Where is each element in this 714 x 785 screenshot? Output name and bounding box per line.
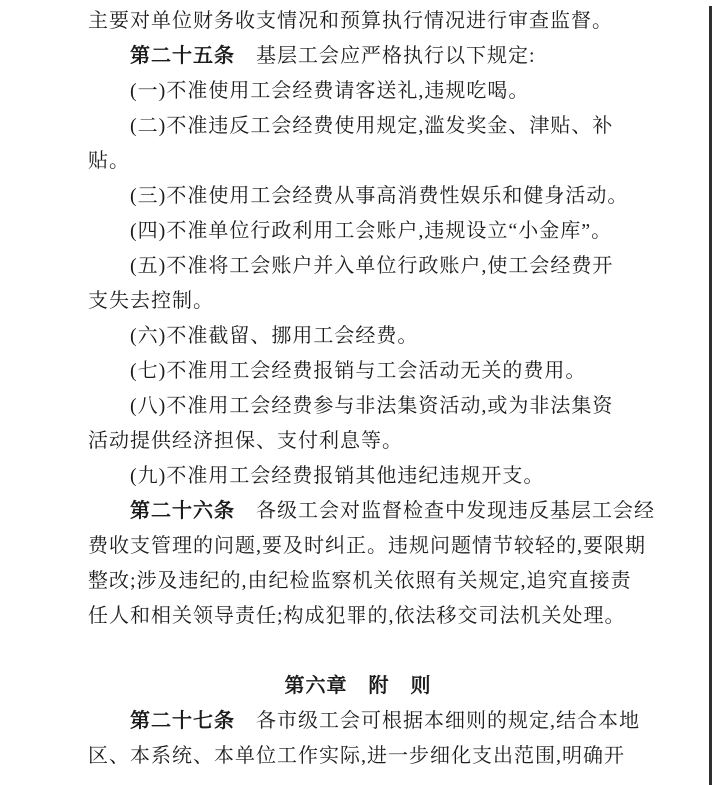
document-line [88, 634, 628, 669]
document-line: 费收支管理的问题,要及时纠正。违规问题情节较轻的,要限期 [88, 529, 628, 564]
bold-text-segment: 第二十六条 [130, 500, 235, 522]
page-edge-border [709, 6, 712, 785]
text-segment: 支失去控制。 [88, 290, 214, 312]
text-segment: (三)不准使用工会经费从事高消费性娱乐和健身活动。 [130, 185, 628, 207]
text-segment: 任人和相关领导责任;构成犯罪的,依法移交司法机关处理。 [88, 605, 626, 627]
document-line: 贴。 [88, 144, 628, 179]
document-line: (四)不准单位行政利用工会账户,违规设立“小金库”。 [88, 214, 628, 249]
text-segment: 活动提供经济担保、支付利息等。 [88, 430, 403, 452]
bold-text-segment: 第二十七条 [130, 710, 235, 732]
text-segment: 费收支管理的问题,要及时纠正。违规问题情节较轻的,要限期 [88, 535, 646, 557]
text-segment: (七)不准用工会经费报销与工会活动无关的费用。 [130, 360, 586, 382]
document-line: (二)不准违反工会经费使用规定,滥发奖金、津贴、补 [88, 109, 628, 144]
document-page: 主要对单位财务收支情况和预算执行情况进行审查监督。第二十五条 基层工会应严格执行… [0, 0, 714, 785]
bold-text-segment: 第六章 附 则 [285, 675, 432, 697]
text-segment: (八)不准用工会经费参与非法集资活动,或为非法集资 [130, 395, 613, 417]
document-line: (六)不准截留、挪用工会经费。 [88, 319, 628, 354]
text-segment: 区、本系统、本单位工作实际,进一步细化支出范围,明确开 [88, 745, 625, 767]
document-line: 第六章 附 则 [88, 669, 628, 704]
document-line: 第二十六条 各级工会对监督检查中发现违反基层工会经 [88, 494, 628, 529]
text-segment: (六)不准截留、挪用工会经费。 [130, 325, 418, 347]
bold-text-segment: 第二十五条 [130, 45, 235, 67]
text-segment: (四)不准单位行政利用工会账户,违规设立“小金库”。 [130, 220, 612, 242]
text-segment: (二)不准违反工会经费使用规定,滥发奖金、津贴、补 [130, 115, 613, 137]
text-segment: (一)不准使用工会经费请客送礼,违规吃喝。 [130, 80, 529, 102]
document-body: 主要对单位财务收支情况和预算执行情况进行审查监督。第二十五条 基层工会应严格执行… [88, 4, 628, 774]
document-line: 第二十五条 基层工会应严格执行以下规定: [88, 39, 628, 74]
document-line: 活动提供经济担保、支付利息等。 [88, 424, 628, 459]
document-line: 第二十七条 各市级工会可根据本细则的规定,结合本地 [88, 704, 628, 739]
text-segment: (五)不准将工会账户并入单位行政账户,使工会经费开 [130, 255, 613, 277]
text-segment: 各市级工会可根据本细则的规定,结合本地 [235, 710, 640, 732]
document-line: 主要对单位财务收支情况和预算执行情况进行审查监督。 [88, 4, 628, 39]
text-segment: 整改;涉及违纪的,由纪检监察机关依照有关规定,追究直接责 [88, 570, 632, 592]
document-line: (八)不准用工会经费参与非法集资活动,或为非法集资 [88, 389, 628, 424]
text-segment: 主要对单位财务收支情况和预算执行情况进行审查监督。 [88, 10, 613, 32]
text-segment: 贴。 [88, 150, 130, 172]
document-line: (五)不准将工会账户并入单位行政账户,使工会经费开 [88, 249, 628, 284]
document-line: (三)不准使用工会经费从事高消费性娱乐和健身活动。 [88, 179, 628, 214]
text-segment: (九)不准用工会经费报销其他违纪违规开支。 [130, 465, 544, 487]
document-line: (七)不准用工会经费报销与工会活动无关的费用。 [88, 354, 628, 389]
document-line: 支失去控制。 [88, 284, 628, 319]
text-segment: 各级工会对监督检查中发现违反基层工会经 [235, 500, 655, 522]
document-line: 整改;涉及违纪的,由纪检监察机关依照有关规定,追究直接责 [88, 564, 628, 599]
document-line: 区、本系统、本单位工作实际,进一步细化支出范围,明确开 [88, 739, 628, 774]
document-line: 任人和相关领导责任;构成犯罪的,依法移交司法机关处理。 [88, 599, 628, 634]
document-line: (一)不准使用工会经费请客送礼,违规吃喝。 [88, 74, 628, 109]
document-line: (九)不准用工会经费报销其他违纪违规开支。 [88, 459, 628, 494]
text-segment: 基层工会应严格执行以下规定: [235, 45, 536, 67]
